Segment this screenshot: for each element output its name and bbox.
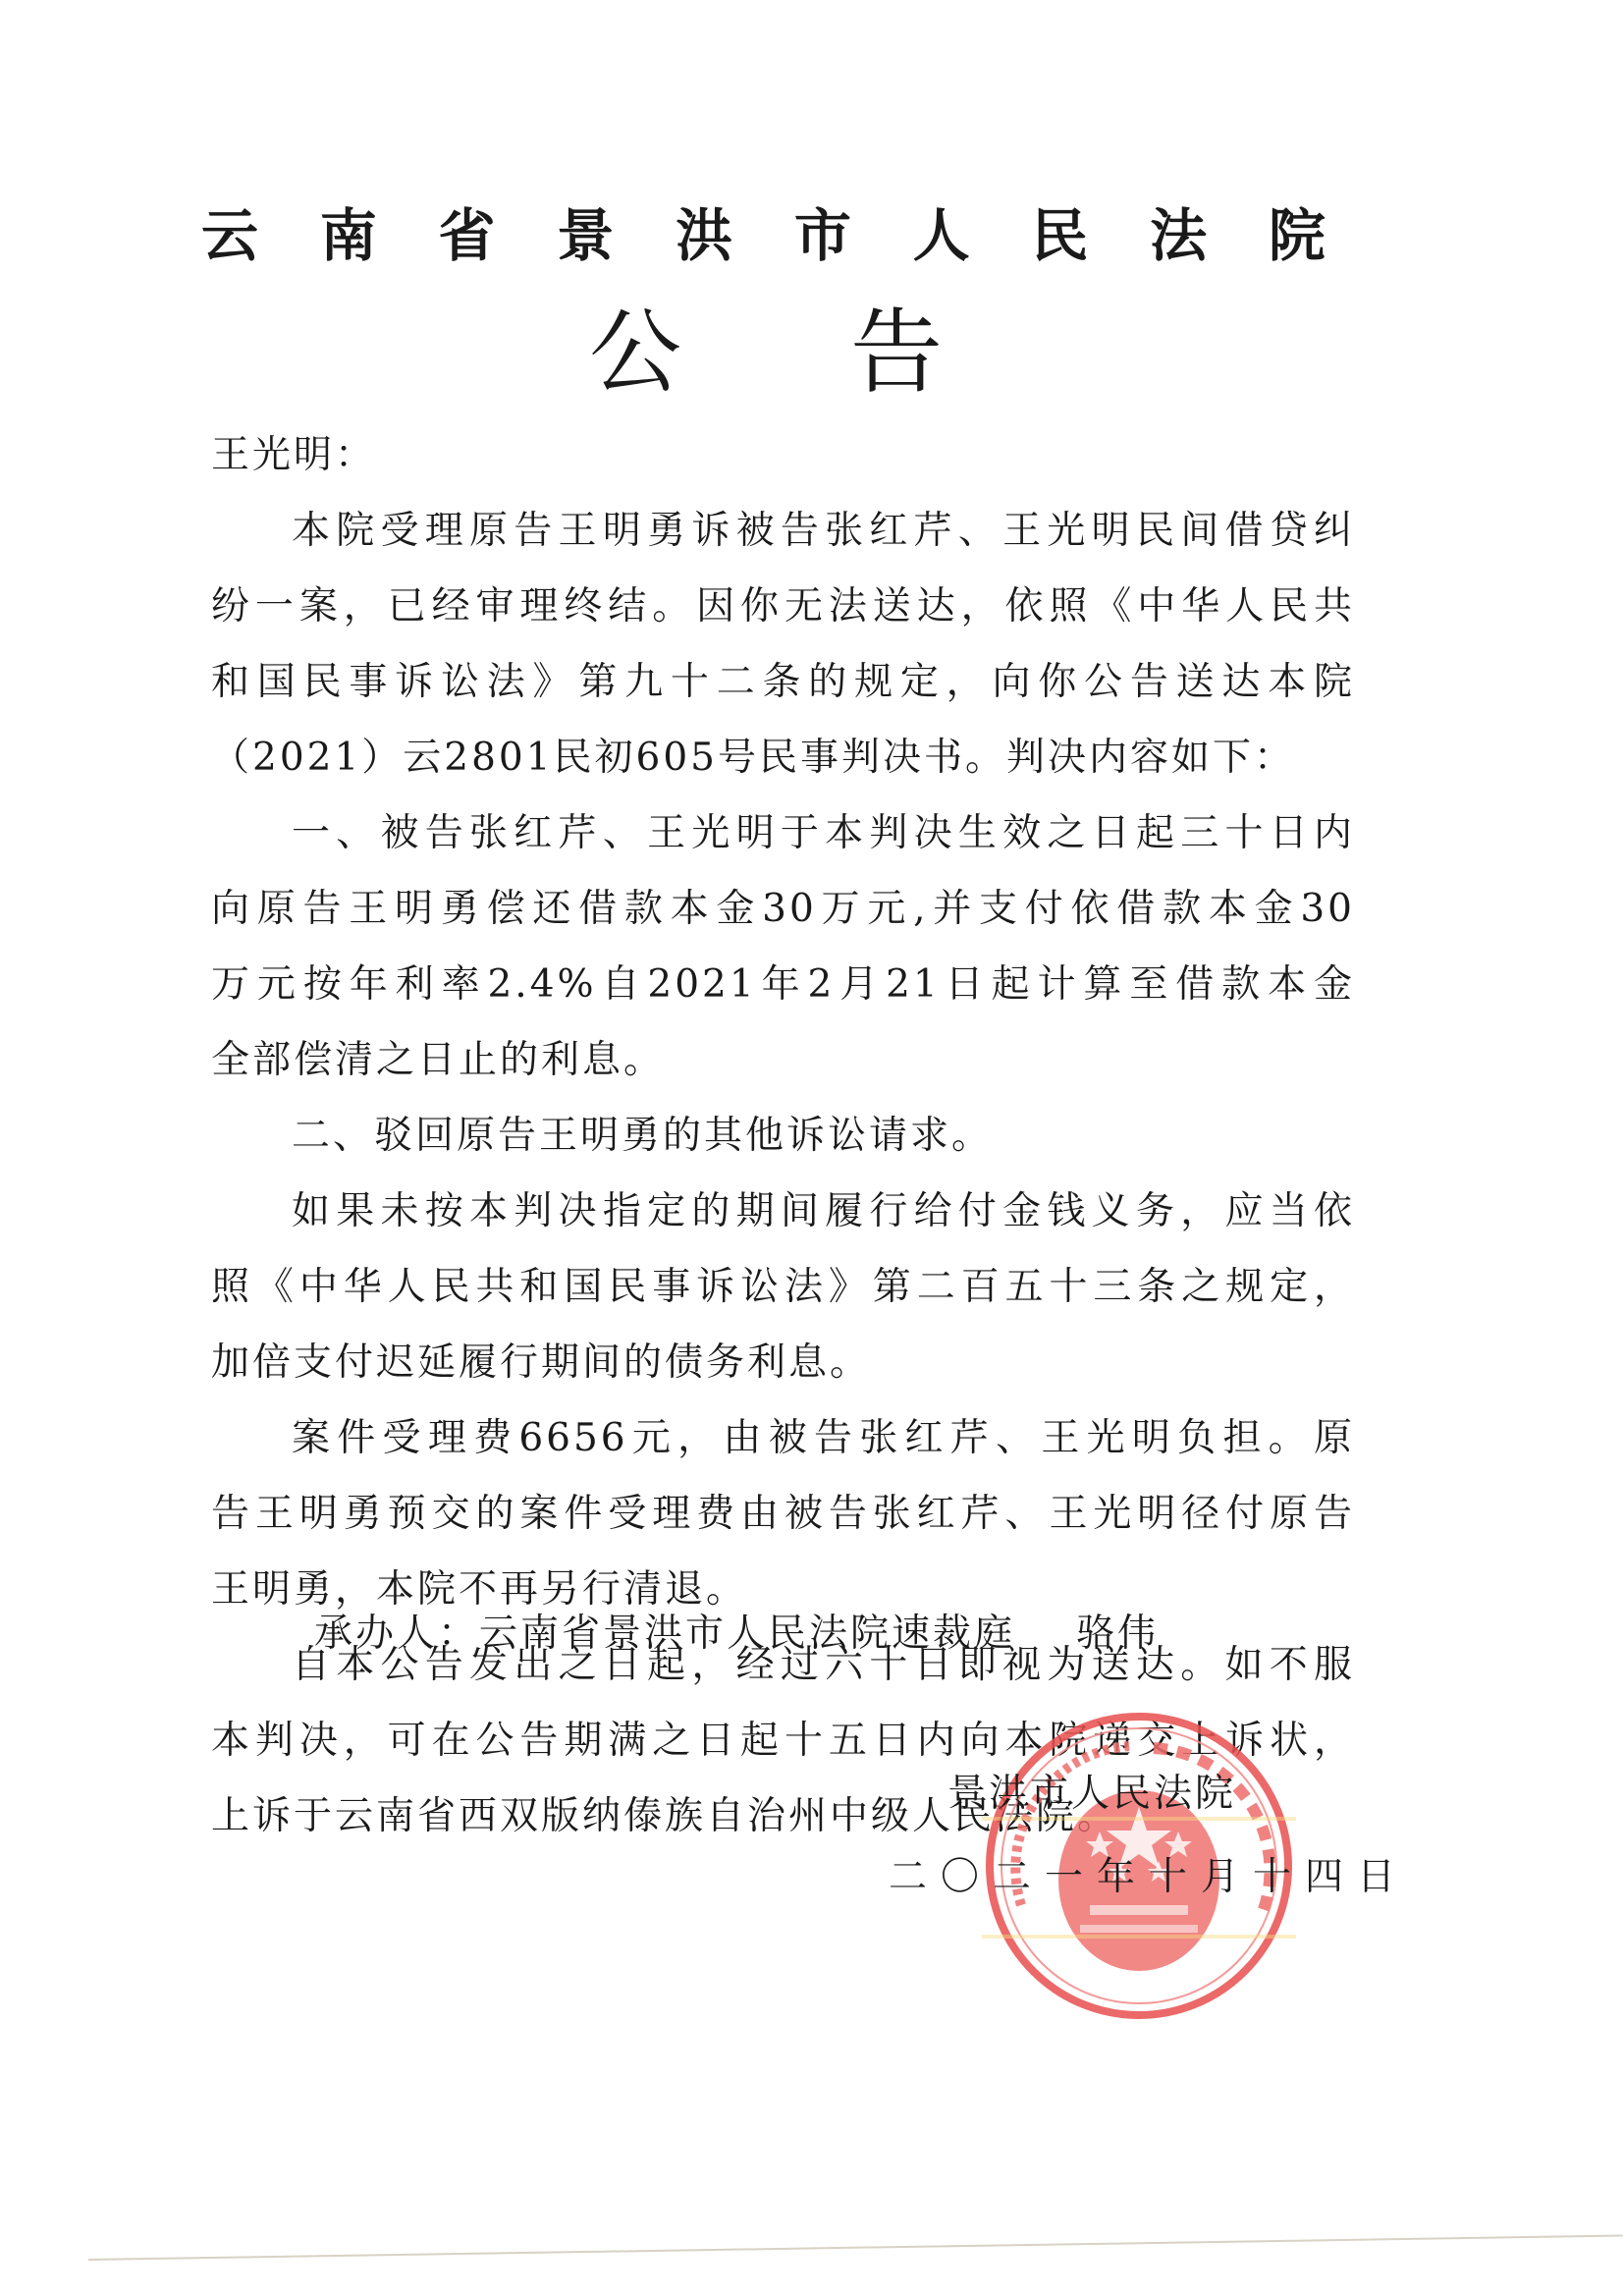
text-line: 向原告王明勇偿还借款本金30万元,并支付依借款本金30	[211, 871, 1355, 947]
handler-name: 骆伟	[1076, 1612, 1159, 1656]
handler-line: 承办人：云南省景洪市人民法院速裁庭骆伟	[314, 1603, 1159, 1658]
text-line: 如果未按本判决指定的期间履行给付金钱义务，应当依	[211, 1174, 1355, 1249]
issuing-court: 景洪市人民法院	[947, 1763, 1236, 1818]
text-line: 本院受理原告王明勇诉被告张红芹、王光明民间借贷纠	[211, 493, 1355, 569]
title-char: 法	[1150, 190, 1207, 272]
paragraph-judgment-item-2: 二、驳回原告王明勇的其他诉讼请求。	[211, 1098, 1355, 1174]
title-char: 人	[913, 190, 970, 272]
text-line: 告王明勇预交的案件受理费由被告张红芹、王光明径付原告	[211, 1476, 1355, 1552]
text-line: （2021）云2801民初605号民事判决书。判决内容如下：	[211, 720, 1355, 795]
title-char: 洪	[676, 190, 732, 272]
salutation: 王光明：	[211, 417, 1355, 493]
paragraph-late-performance: 如果未按本判决指定的期间履行给付金钱义务，应当依 照《中华人民共和国民事诉讼法》…	[211, 1174, 1355, 1400]
text-line: 纷一案，已经审理终结。因你无法送达，依照《中华人民共	[211, 569, 1355, 644]
text-line: 案件受理费6656元，由被告张红芹、王光明负担。原	[211, 1400, 1355, 1476]
paragraph-case-fee: 案件受理费6656元，由被告张红芹、王光明负担。原 告王明勇预交的案件受理费由被…	[211, 1400, 1355, 1627]
title-char: 院	[1269, 190, 1325, 272]
text-line: 一、被告张红芹、王光明于本判决生效之日起三十日内	[211, 795, 1355, 871]
text-line: 照《中华人民共和国民事诉讼法》第二百五十三条之规定，	[211, 1249, 1355, 1325]
text-line: 万元按年利率2.4%自2021年2月21日起计算至借款本金	[211, 947, 1355, 1022]
title-char: 景	[557, 190, 614, 272]
paragraph-acceptance: 本院受理原告王明勇诉被告张红芹、王光明民间借贷纠 纷一案，已经审理终结。因你无法…	[211, 493, 1355, 795]
text-line: 二、驳回原告王明勇的其他诉讼请求。	[211, 1098, 1355, 1174]
title-char: 民	[1031, 190, 1088, 272]
court-title: 云 南 省 景 洪 市 人 民 法 院	[201, 191, 1325, 270]
title-char: 云	[201, 190, 258, 272]
paragraph-judgment-item-1: 一、被告张红芹、王光明于本判决生效之日起三十日内 向原告王明勇偿还借款本金30万…	[211, 795, 1355, 1098]
text-line: 和国民事诉讼法》第九十二条的规定，向你公告送达本院	[211, 644, 1355, 720]
text-line: 加倍支付迟延履行期间的债务利息。	[211, 1325, 1355, 1400]
heading-char: 公	[589, 278, 681, 410]
heading-char: 告	[850, 278, 943, 410]
title-char: 南	[320, 190, 377, 272]
document-page: 云 南 省 景 洪 市 人 民 法 院 公 告 王光明： 本院受理原告王明勇诉被…	[0, 0, 1623, 2296]
issue-date: 二〇二一年十月十四日	[889, 1846, 1409, 1901]
title-char: 市	[794, 190, 851, 272]
title-char: 省	[439, 190, 496, 272]
scan-edge-line	[88, 2234, 1623, 2261]
handler-label: 承办人：云南省景洪市人民法院速裁庭	[314, 1612, 1015, 1656]
text-line: 全部偿清之日止的利息。	[211, 1022, 1355, 1098]
document-type-heading: 公 告	[589, 290, 943, 398]
